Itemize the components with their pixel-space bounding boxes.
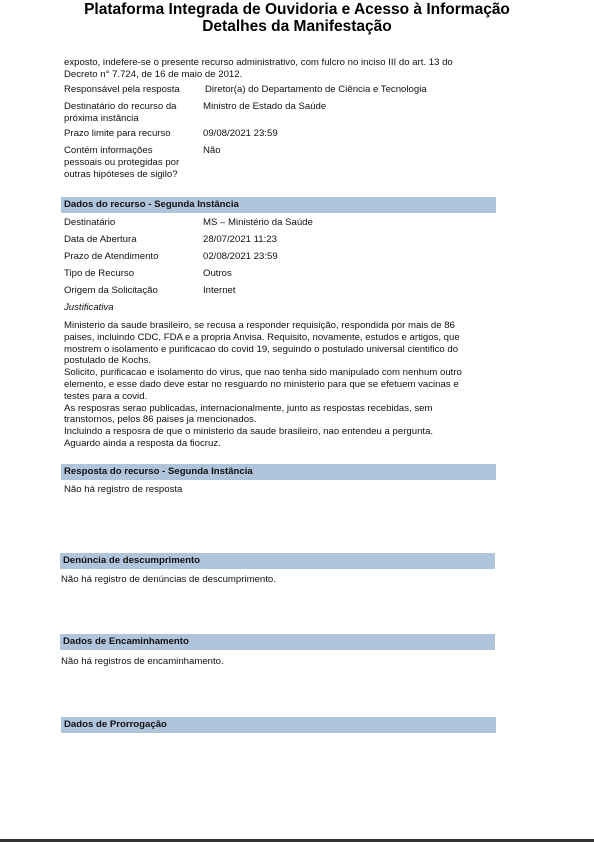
justificativa-line: Ministerio da saude brasileiro, se recus… — [64, 320, 504, 332]
justificativa-line: transtornos, pelos 86 paises ja menciona… — [64, 414, 504, 426]
page-title: Plataforma Integrada de Ouvidoria e Aces… — [0, 1, 594, 18]
justificativa-line: mostrem o isolamento e purificacao do co… — [64, 344, 504, 356]
denuncia-empty-text: Não há registro de denúncias de descumpr… — [61, 574, 501, 586]
justificativa-line: paises, incluindo CDC, FDA e a propria A… — [64, 332, 504, 344]
encaminhamento-empty-text: Não há registros de encaminhamento. — [61, 656, 501, 668]
justificativa-line: Solicito, purificacao e isolamento do vi… — [64, 367, 504, 379]
page-subtitle: Detalhes da Manifestação — [0, 18, 594, 35]
section-header-recurso-segunda: Dados do recurso - Segunda Instância — [61, 197, 496, 213]
section-header-denuncia: Denúncia de descumprimento — [60, 553, 495, 569]
section-header-encaminhamento: Dados de Encaminhamento — [60, 634, 495, 650]
justificativa-label: Justificativa — [64, 302, 504, 314]
justificativa-line: Incluindo a resposra de que o ministerio… — [64, 426, 504, 438]
resposta-empty-text: Não há registro de resposta — [64, 484, 504, 496]
justificativa-line: testes para a covid. — [64, 391, 504, 403]
justificativa-line: elemento, e esse dado deve estar no resg… — [64, 379, 504, 391]
justificativa-line: Aguardo ainda a resposta da fiocruz. — [64, 438, 504, 450]
section-header-prorrogacao: Dados de Prorrogação — [61, 717, 496, 733]
previous-response-text: exposto, indefere-se o presente recurso … — [64, 57, 504, 81]
section-header-resposta-segunda: Resposta do recurso - Segunda Instância — [61, 464, 496, 480]
justificativa-text: Ministerio da saude brasileiro, se recus… — [64, 320, 504, 450]
justificativa-line: As resposras serao publicadas, internaci… — [64, 403, 504, 415]
justificativa-line: postulado de Kochs. — [64, 355, 504, 367]
